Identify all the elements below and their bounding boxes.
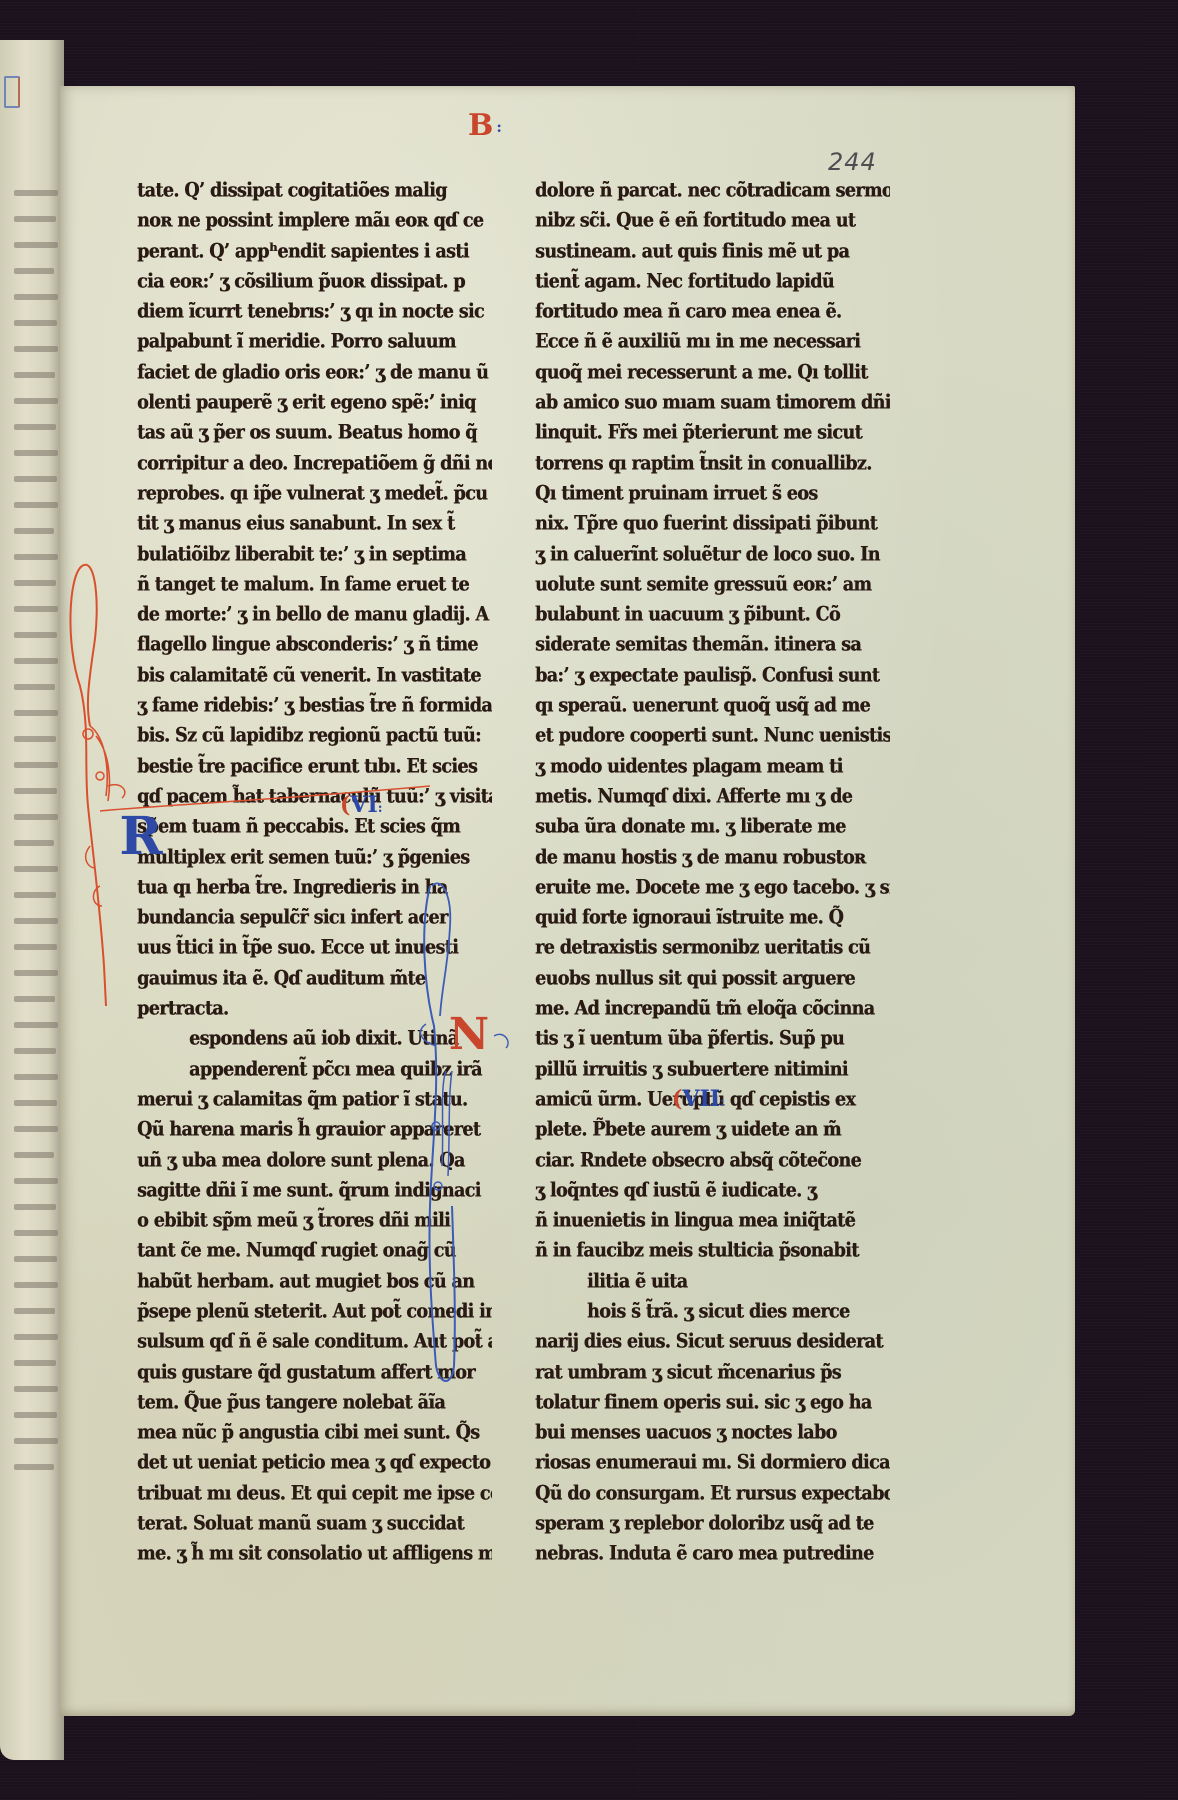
- bleed-text-line: [14, 762, 58, 768]
- initial-letter: R: [119, 806, 162, 867]
- bleed-text-line: [14, 1334, 58, 1340]
- bleed-text-line: [14, 268, 54, 274]
- bleed-text-line: [14, 736, 56, 742]
- bleed-text-line: [14, 372, 55, 378]
- bleed-text-line: [14, 190, 58, 196]
- bleed-text-line: [14, 892, 56, 898]
- bleed-text-line: [14, 658, 58, 664]
- bleed-text-line: [14, 216, 56, 222]
- bleed-text-line: [14, 1230, 58, 1236]
- bleed-text-line: [14, 788, 57, 794]
- bleed-text-line: [14, 684, 55, 690]
- bleed-text-line: [14, 1360, 56, 1366]
- bleed-text-line: [14, 346, 58, 352]
- bleed-text-line: [14, 710, 58, 716]
- bleed-text-line: [14, 814, 58, 820]
- bleed-text-line: [14, 1126, 58, 1132]
- bleed-text-line: [14, 1438, 58, 1444]
- illuminated-initial-r: R: [118, 811, 164, 861]
- bleed-text-line: [14, 450, 58, 456]
- bleed-text-line: [14, 944, 57, 950]
- bleed-text-line: [14, 398, 58, 404]
- bleed-text-line: [14, 554, 58, 560]
- bleed-text-line: [14, 918, 58, 924]
- bleed-text-line: [14, 294, 58, 300]
- bleed-text-line: [14, 1412, 57, 1418]
- bleed-text-line: [14, 606, 58, 612]
- bleed-text-line: [14, 502, 58, 508]
- bleed-text-line: [14, 1282, 58, 1288]
- bleed-text-line: [14, 1308, 55, 1314]
- bleed-text-line: [14, 528, 54, 534]
- bleed-text-line: [14, 1152, 54, 1158]
- bleed-text-line: [14, 996, 55, 1002]
- illuminated-initial-n: N: [445, 1013, 493, 1055]
- bleed-text-line: [14, 1204, 56, 1210]
- bleed-text-line: [14, 866, 58, 872]
- bleed-text-line: [14, 632, 57, 638]
- bleed-text-line: [14, 1074, 58, 1080]
- red-pen-flourish-icon: [60, 86, 1075, 1716]
- bleed-text-line: [14, 320, 57, 326]
- bleed-text-line: [14, 1022, 58, 1028]
- bleed-text-line: [14, 970, 58, 976]
- previous-leaf-edge: [0, 40, 64, 1760]
- initial-letter: N: [449, 1009, 489, 1060]
- bleed-text-line: [14, 242, 58, 248]
- bleed-text-line: [14, 840, 54, 846]
- bleed-text-line: [14, 424, 56, 430]
- bleed-text-line: [14, 1048, 56, 1054]
- bleed-text-line: [14, 580, 56, 586]
- leaf-tab-marker: [4, 76, 20, 108]
- bleed-text-line: [14, 1100, 57, 1106]
- manuscript-folio: B: 244 tate. Q’ dissipat cogitatiões ma…: [60, 86, 1075, 1716]
- bleed-text-line: [14, 476, 57, 482]
- bleed-text-line: [14, 1386, 58, 1392]
- bleed-text-line: [14, 1256, 57, 1262]
- bleed-text-line: [14, 1178, 58, 1184]
- bleed-text-line: [14, 1464, 54, 1470]
